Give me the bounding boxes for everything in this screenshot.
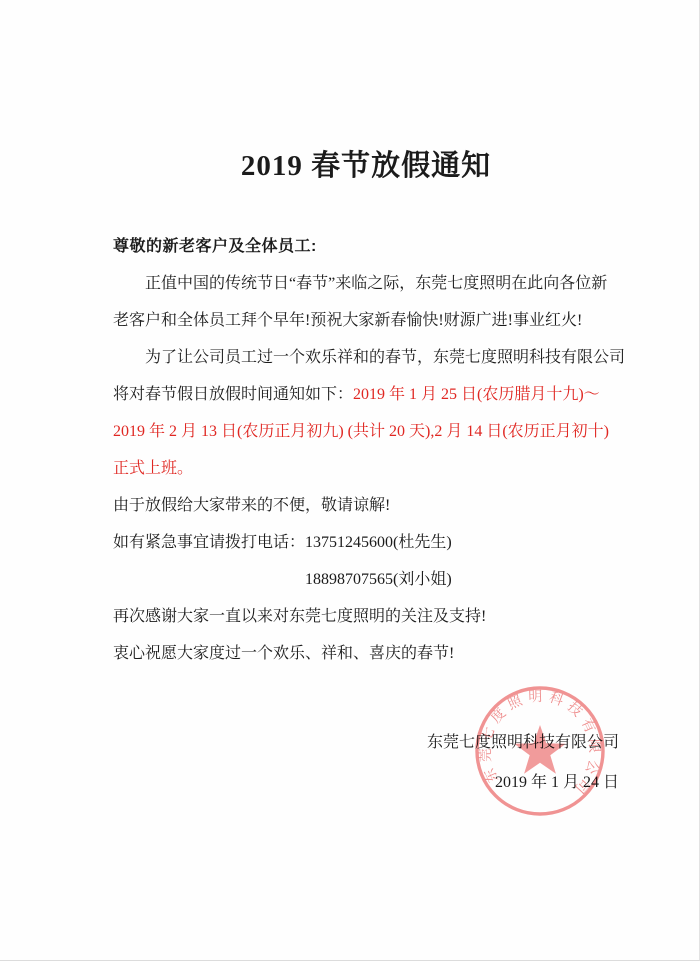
- signature-block: 东莞七度照明科技有限公司 2019 年 1 月 24 日: [0, 723, 699, 803]
- back-to-work-line: 正式上班。: [113, 450, 619, 487]
- signature-company-name: 东莞七度照明科技有限公司: [113, 723, 619, 763]
- intro-line-2: 老客户和全体员工拜个早年!预祝大家新春愉快!财源广进!事业红火!: [113, 302, 619, 339]
- body-text-segment: 将对春节假日放假时间通知如下：: [113, 386, 353, 403]
- body-text-segment: 由于放假给大家带来的不便，敬请谅解!: [113, 497, 390, 514]
- notice-line-2: 将对春节假日放假时间通知如下：2019 年 1 月 25 日(农历腊月十九)～: [113, 376, 619, 413]
- document-lines: 正值中国的传统节日“春节”来临之际，东莞七度照明在此向各位新老客户和全体员工拜个…: [113, 265, 619, 672]
- holiday-dates-line: 2019 年 2 月 13 日(农历正月初九) (共计 20 天),2 月 14…: [113, 413, 619, 450]
- body-text-segment: 衷心祝愿大家度过一个欢乐、祥和、喜庆的春节!: [113, 645, 454, 662]
- contact-phone-line-2: 18898707565(刘小姐): [113, 561, 619, 598]
- body-text-segment: 为了让公司员工过一个欢乐祥和的春节，东莞七度照明科技有限公司: [145, 349, 625, 366]
- notice-document-page: 2019 春节放假通知 尊敬的新老客户及全体员工: 正值中国的传统节日“春节”来…: [0, 0, 700, 961]
- thanks-line: 再次感谢大家一直以来对东莞七度照明的关注及支持!: [113, 598, 619, 635]
- body-text-segment: 正值中国的传统节日“春节”来临之际，东莞七度照明在此向各位新: [145, 275, 607, 292]
- contact-phone-line-1: 如有紧急事宜请拨打电话：13751245600(杜先生): [113, 524, 619, 561]
- holiday-dates-red-text: 正式上班。: [113, 460, 193, 477]
- apology-line: 由于放假给大家带来的不便，敬请谅解!: [113, 487, 619, 524]
- document-body: 尊敬的新老客户及全体员工: 正值中国的传统节日“春节”来临之际，东莞七度照明在此…: [0, 228, 699, 672]
- body-text-segment: 老客户和全体员工拜个早年!预祝大家新春愉快!财源广进!事业红火!: [113, 312, 582, 329]
- holiday-dates-red-text: 2019 年 1 月 25 日(农历腊月十九)～: [353, 386, 600, 403]
- body-text-segment: 如有紧急事宜请拨打电话：13751245600(杜先生): [113, 534, 452, 551]
- greeting-line: 尊敬的新老客户及全体员工:: [113, 228, 619, 265]
- wishes-line: 衷心祝愿大家度过一个欢乐、祥和、喜庆的春节!: [113, 635, 619, 672]
- intro-line-1: 正值中国的传统节日“春节”来临之际，东莞七度照明在此向各位新: [113, 265, 619, 302]
- signature-date: 2019 年 1 月 24 日: [113, 763, 619, 803]
- notice-line-1: 为了让公司员工过一个欢乐祥和的春节，东莞七度照明科技有限公司: [113, 339, 619, 376]
- holiday-dates-red-text: 2019 年 2 月 13 日(农历正月初九) (共计 20 天),2 月 14…: [113, 423, 609, 440]
- body-text-segment: 再次感谢大家一直以来对东莞七度照明的关注及支持!: [113, 608, 486, 625]
- page-title: 2019 春节放假通知: [0, 0, 699, 186]
- body-text-segment: 18898707565(刘小姐): [305, 571, 452, 588]
